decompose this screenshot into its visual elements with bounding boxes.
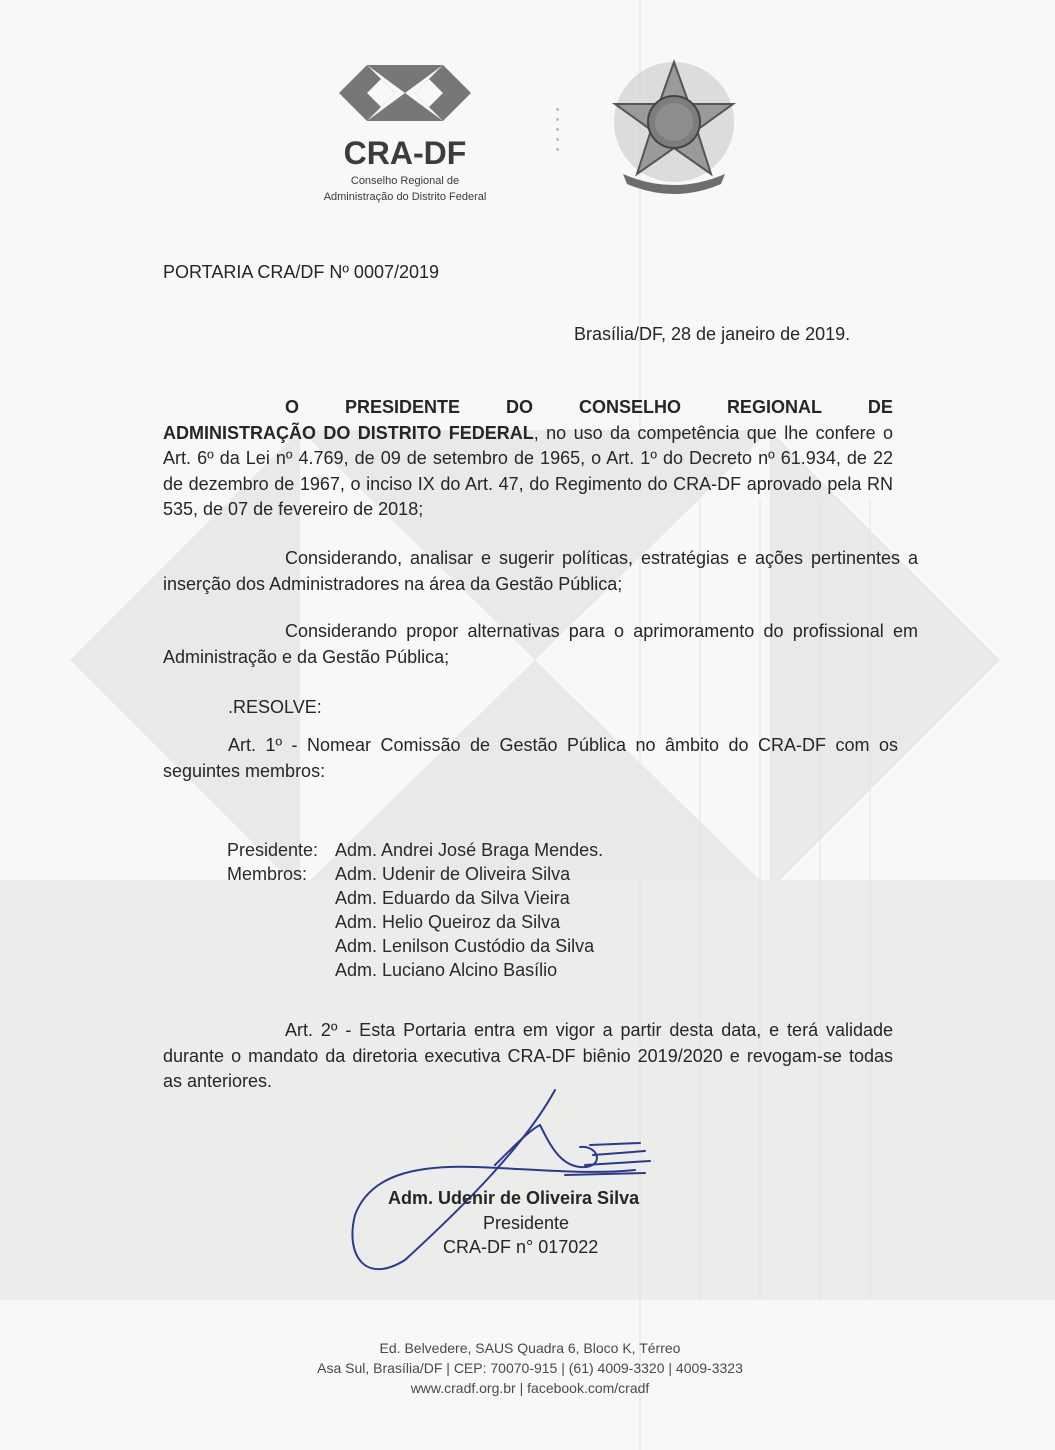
considerando-1-text: Considerando, analisar e sugerir polític… — [163, 548, 918, 594]
document-date: Brasília/DF, 28 de janeiro de 2019. — [574, 322, 850, 348]
footer-line-contact: Asa Sul, Brasília/DF | CEP: 70070-915 | … — [260, 1358, 800, 1378]
cra-df-logo: CRA-DF Conselho Regional de Administraçã… — [300, 55, 510, 204]
president-label: Presidente: — [227, 838, 335, 862]
logo-abbreviation: CRA-DF — [300, 135, 510, 172]
separator-dots — [556, 108, 560, 158]
committee-list: Presidente: Adm. Andrei José Braga Mende… — [227, 838, 603, 982]
preamble-paragraph: O PRESIDENTE DO CONSELHO REGIONAL DE ADM… — [163, 395, 893, 523]
logo-subtitle-1: Conselho Regional de — [300, 174, 510, 188]
preamble-word: PRESIDENTE — [345, 395, 460, 421]
cra-diamond-logo-icon — [339, 55, 471, 131]
logo-subtitle-2: Administração do Distrito Federal — [300, 190, 510, 204]
resolve-heading: .RESOLVE: — [228, 695, 322, 721]
member-name: Adm. Lenilson Custódio da Silva — [335, 934, 594, 958]
list-item: Adm. Lenilson Custódio da Silva — [227, 934, 603, 958]
list-item: Adm. Luciano Alcino Basílio — [227, 958, 603, 982]
preamble-word: CONSELHO — [579, 395, 681, 421]
members-label: Membros: — [227, 862, 335, 886]
preamble-bold-entity: ADMINISTRAÇÃO DO DISTRITO FEDERAL — [163, 423, 534, 443]
signatory-registration: CRA-DF n° 017022 — [443, 1235, 598, 1261]
member-name: Adm. Eduardo da Silva Vieira — [335, 886, 570, 910]
preamble-word: DO — [506, 395, 533, 421]
list-item: Adm. Eduardo da Silva Vieira — [227, 886, 603, 910]
document-title: PORTARIA CRA/DF Nº 0007/2019 — [163, 260, 439, 286]
footer-line-address: Ed. Belvedere, SAUS Quadra 6, Bloco K, T… — [260, 1338, 800, 1358]
article-1: Art. 1º - Nomear Comissão de Gestão Públ… — [163, 733, 898, 784]
footer-line-web: www.cradf.org.br | facebook.com/cradf — [260, 1378, 800, 1398]
article-2: Art. 2º - Esta Portaria entra em vigor a… — [163, 1018, 893, 1095]
brazil-coat-of-arms-icon — [605, 56, 743, 194]
article-2-text: Art. 2º - Esta Portaria entra em vigor a… — [163, 1020, 893, 1091]
member-name: Adm. Luciano Alcino Basílio — [335, 958, 557, 982]
considerando-2-text: Considerando propor alternativas para o … — [163, 621, 918, 667]
footer-address: Ed. Belvedere, SAUS Quadra 6, Bloco K, T… — [260, 1338, 800, 1398]
considerando-1: Considerando, analisar e sugerir polític… — [163, 546, 918, 597]
member-name: Adm. Helio Queiroz da Silva — [335, 910, 560, 934]
preamble-word: REGIONAL — [727, 395, 822, 421]
member-name: Adm. Udenir de Oliveira Silva — [335, 862, 570, 886]
list-item: Adm. Helio Queiroz da Silva — [227, 910, 603, 934]
preamble-first-line: O PRESIDENTE DO CONSELHO REGIONAL DE — [163, 395, 893, 421]
preamble-word: O — [285, 395, 299, 421]
considerando-2: Considerando propor alternativas para o … — [163, 619, 918, 670]
preamble-word: DE — [868, 395, 893, 421]
committee-president-row: Presidente: Adm. Andrei José Braga Mende… — [227, 838, 603, 862]
document-page: CRA-DF Conselho Regional de Administraçã… — [0, 0, 1055, 1450]
president-name: Adm. Andrei José Braga Mendes. — [335, 838, 603, 862]
signatory-role: Presidente — [483, 1211, 569, 1237]
list-item: Membros: Adm. Udenir de Oliveira Silva — [227, 862, 603, 886]
signatory-name: Adm. Udenir de Oliveira Silva — [388, 1186, 639, 1212]
article-1-text: Art. 1º - Nomear Comissão de Gestão Públ… — [163, 735, 898, 781]
